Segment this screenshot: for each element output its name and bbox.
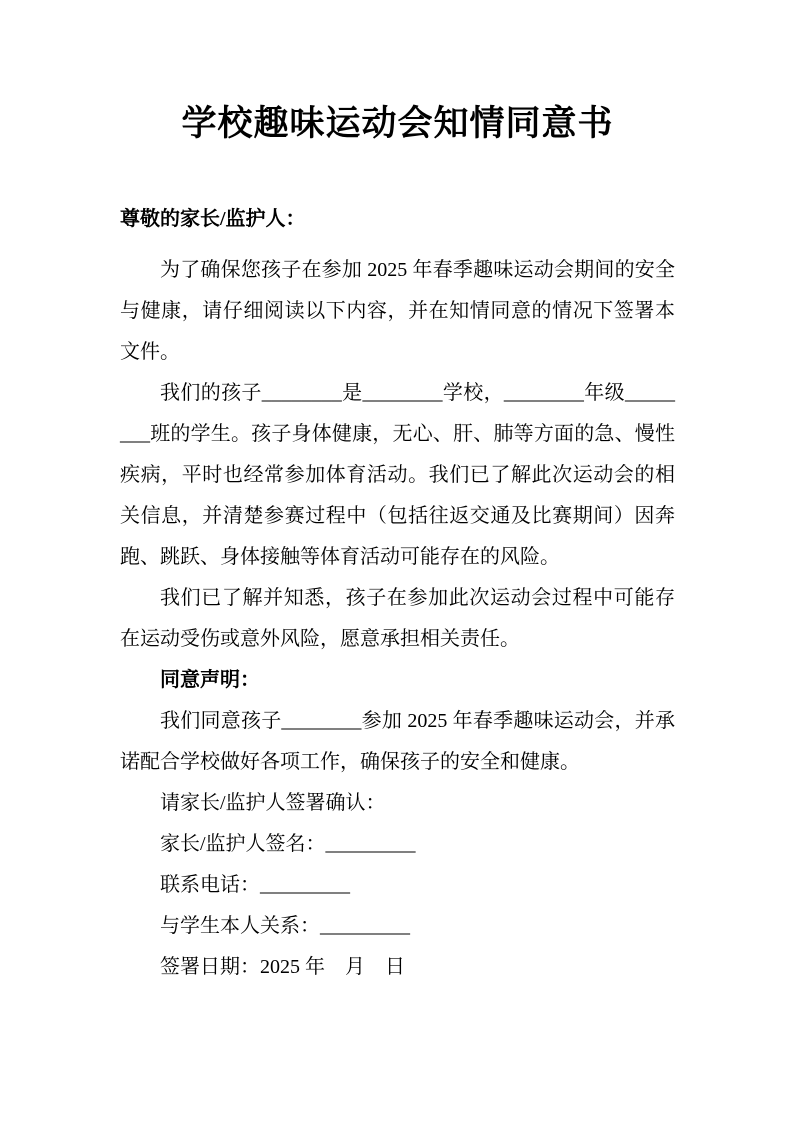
paragraph: 我们同意孩子________参加 2025 年春季趣味运动会，并承诺配合学校做好… <box>120 701 675 783</box>
paragraph: 签署日期：2025 年 月 日 <box>120 947 675 988</box>
paragraph: 家长/监护人签名：_________ <box>120 824 675 865</box>
paragraph: 为了确保您孩子在参加 2025 年春季趣味运动会期间的安全与健康，请仔细阅读以下… <box>120 250 675 373</box>
document-body: 为了确保您孩子在参加 2025 年春季趣味运动会期间的安全与健康，请仔细阅读以下… <box>120 250 675 988</box>
document-title: 学校趣味运动会知情同意书 <box>120 100 675 147</box>
paragraph: 联系电话：_________ <box>120 865 675 906</box>
paragraph: 我们已了解并知悉，孩子在参加此次运动会过程中可能存在运动受伤或意外风险，愿意承担… <box>120 578 675 660</box>
paragraph: 我们的孩子________是________学校，________年级_____… <box>120 373 675 578</box>
paragraph: 请家长/监护人签署确认： <box>120 783 675 824</box>
salutation-line: 尊敬的家长/监护人： <box>120 199 675 240</box>
document-page: 学校趣味运动会知情同意书 尊敬的家长/监护人： 为了确保您孩子在参加 2025 … <box>0 0 793 1122</box>
paragraph: 与学生本人关系：_________ <box>120 906 675 947</box>
section-heading: 同意声明： <box>120 660 675 701</box>
